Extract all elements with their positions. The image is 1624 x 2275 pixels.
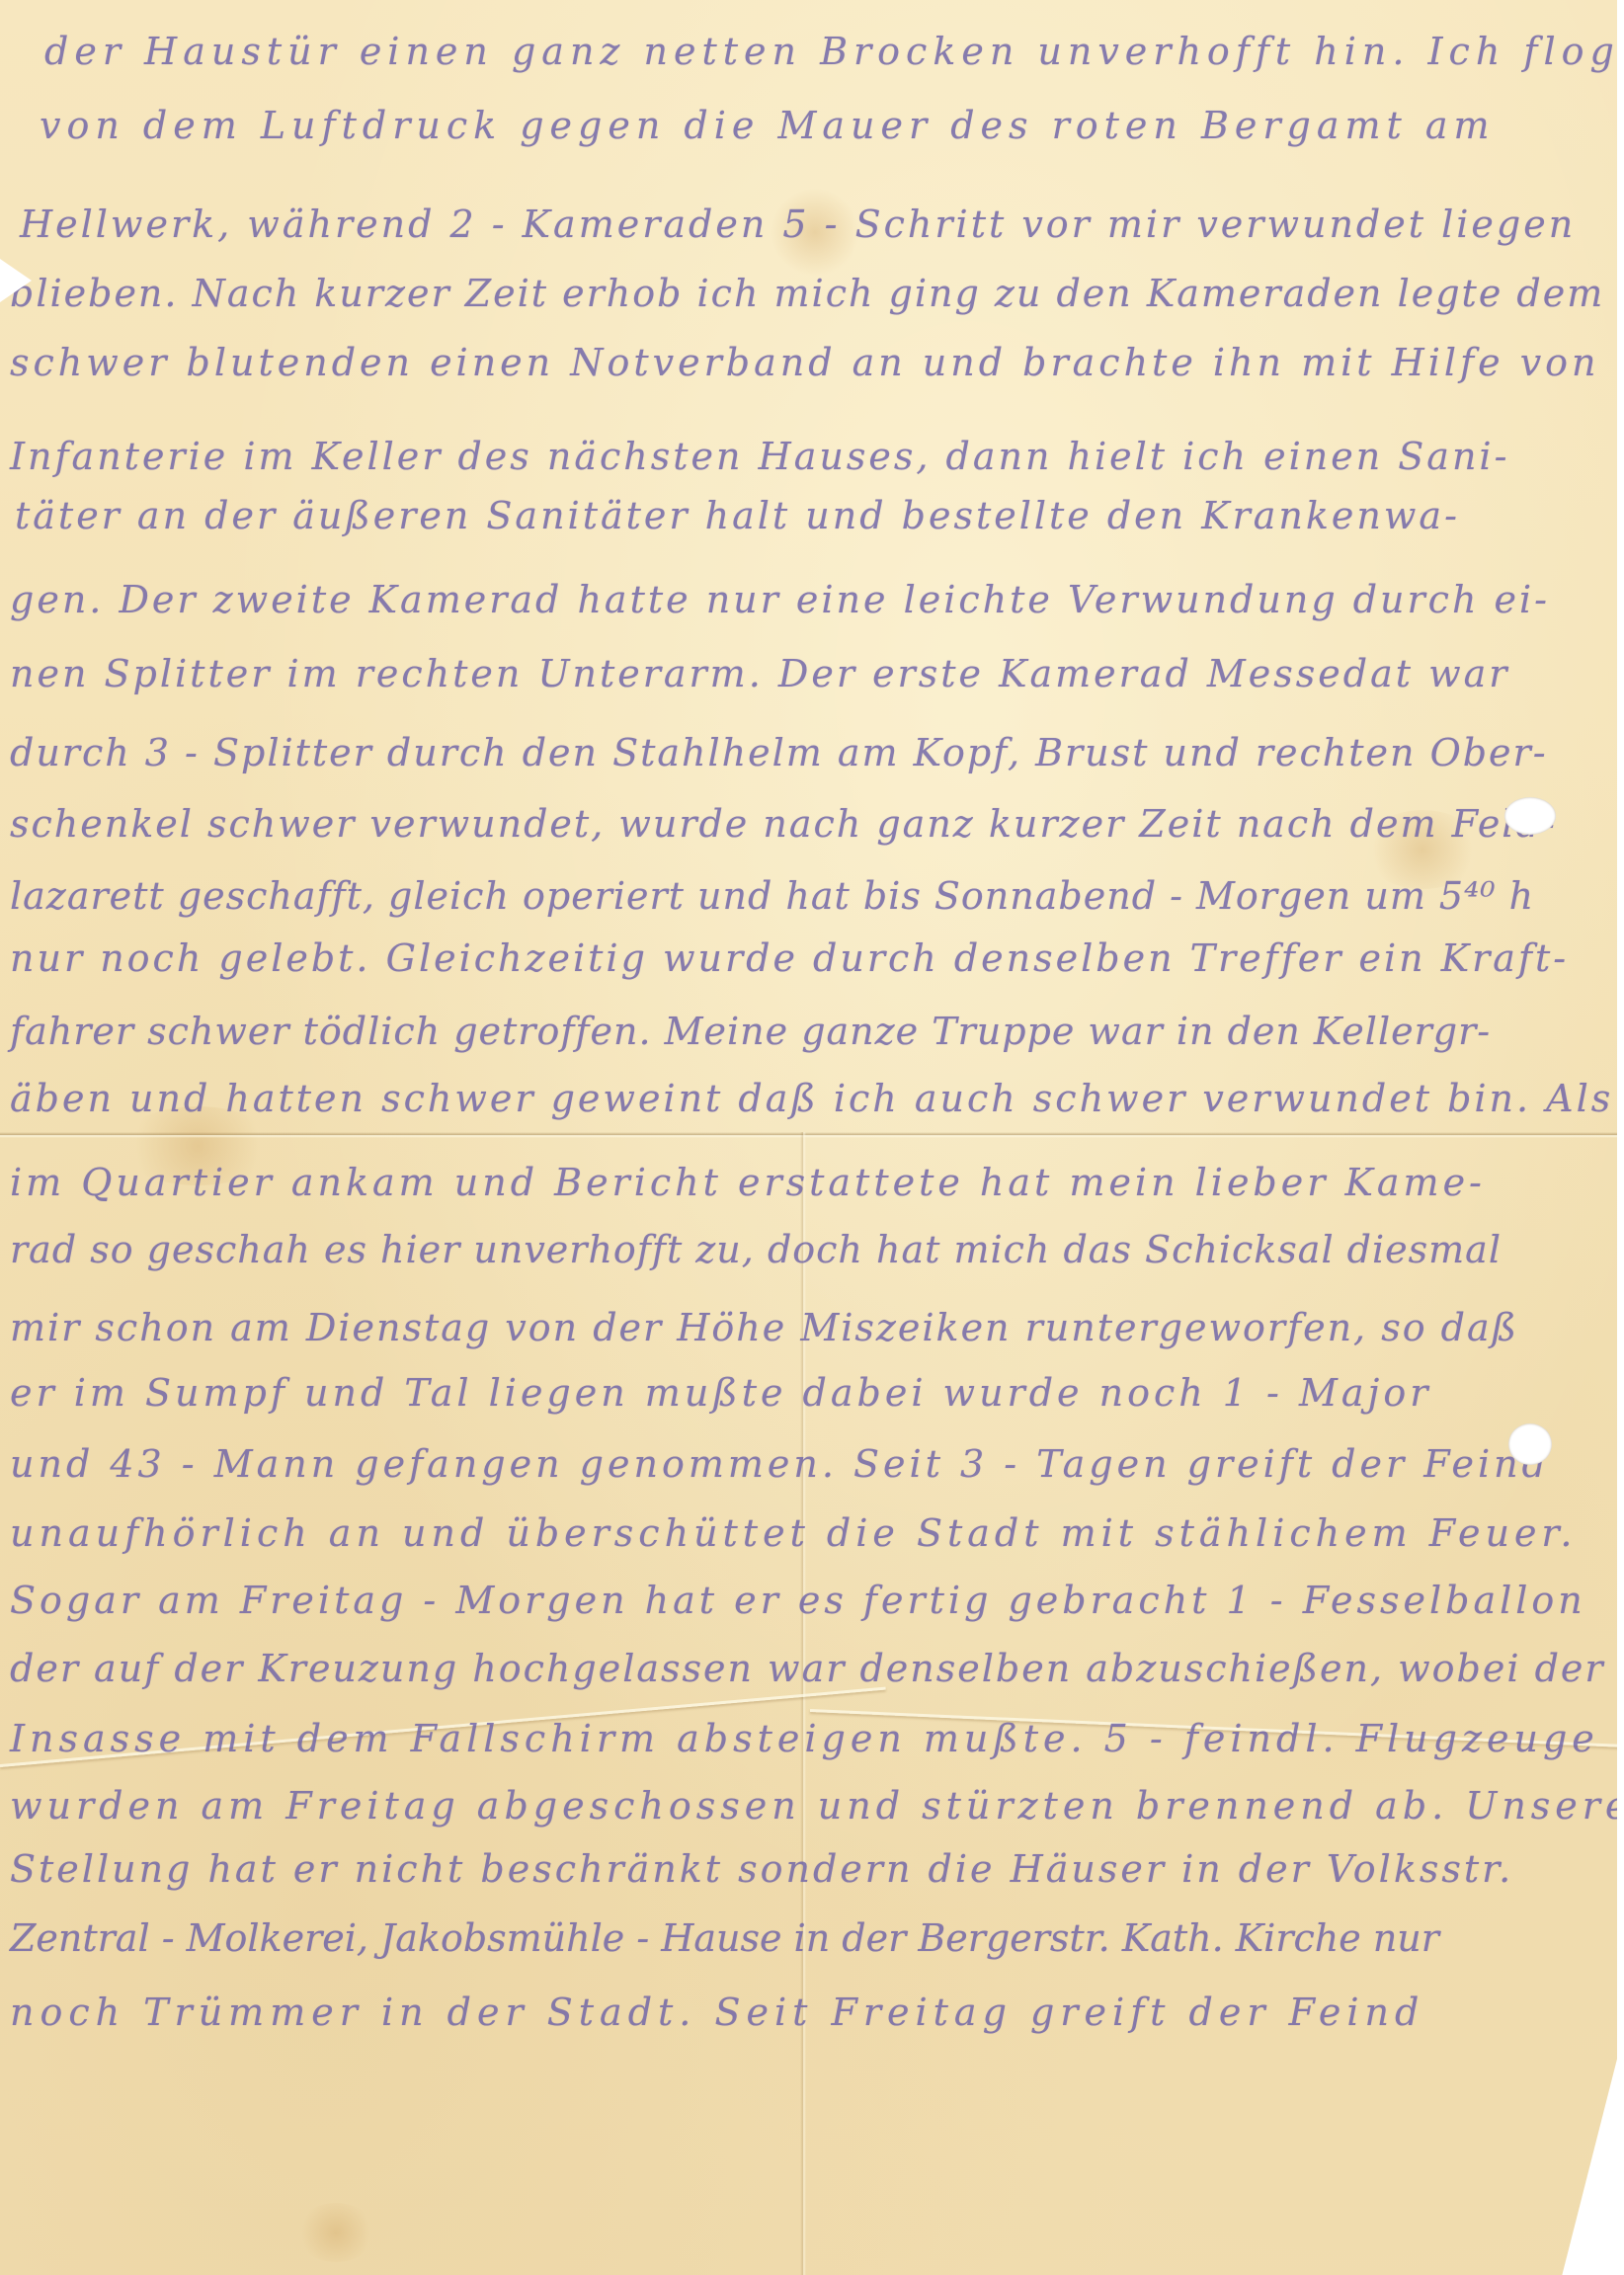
text-line: er im Sumpf und Tal liegen mußte dabei w… <box>10 1371 1431 1415</box>
punch-hole <box>1504 797 1556 835</box>
text-line: nur noch gelebt. Gleichzeitig wurde durc… <box>10 936 1569 980</box>
text-line: Sogar am Freitag - Morgen hat er es fert… <box>10 1579 1586 1622</box>
text-line: im Quartier ankam und Bericht erstattete… <box>10 1161 1486 1204</box>
text-line: Infanterie im Keller des nächsten Hauses… <box>10 435 1509 478</box>
text-line: der Haustür einen ganz netten Brocken un… <box>44 30 1620 73</box>
text-line: Hellwerk, während 2 - Kameraden 5 - Schr… <box>20 203 1576 246</box>
text-line: täter an der äußeren Sanitäter halt und … <box>15 494 1460 537</box>
text-line: blieben. Nach kurzer Zeit erhob ich mich… <box>10 272 1604 315</box>
text-line: schwer blutenden einen Notverband an und… <box>10 341 1600 384</box>
text-line: fahrer schwer tödlich getroffen. Meine g… <box>10 1010 1491 1053</box>
text-line: noch Trümmer in der Stadt. Seit Freitag … <box>10 1991 1424 2034</box>
letter-paper: der Haustür einen ganz netten Brocken un… <box>0 0 1617 2275</box>
text-line: Insasse mit dem Fallschirm absteigen muß… <box>10 1717 1599 1760</box>
text-line: Zentral - Molkerei, Jakobsmühle - Hause … <box>10 1916 1439 1960</box>
text-line: rad so geschah es hier unverhofft zu, do… <box>10 1228 1502 1271</box>
vertical-fold <box>800 1132 806 2275</box>
text-line: äben und hatten schwer geweint daß ich a… <box>10 1077 1613 1120</box>
text-line: gen. Der zweite Kamerad hatte nur eine l… <box>10 578 1550 621</box>
text-line: von dem Luftdruck gegen die Mauer des ro… <box>40 104 1496 147</box>
text-line: und 43 - Mann gefangen genommen. Seit 3 … <box>10 1442 1550 1486</box>
text-line: schenkel schwer verwundet, wurde nach ga… <box>10 802 1557 846</box>
text-line: nen Splitter im rechten Unterarm. Der er… <box>10 652 1509 695</box>
stain <box>296 2203 375 2262</box>
punch-hole <box>1508 1423 1552 1465</box>
text-line: durch 3 - Splitter durch den Stahlhelm a… <box>10 731 1548 774</box>
text-line: Stellung hat er nicht beschränkt sondern… <box>10 1847 1513 1891</box>
text-line: der auf der Kreuzung hochgelassen war de… <box>10 1647 1605 1690</box>
text-line: wurden am Freitag abgeschossen und stürz… <box>10 1784 1624 1828</box>
text-line: unaufhörlich an und überschüttet die Sta… <box>10 1511 1578 1555</box>
text-line: lazarett geschafft, gleich operiert und … <box>10 874 1534 918</box>
text-line: mir schon am Dienstag von der Höhe Misze… <box>10 1306 1518 1349</box>
horizontal-fold <box>0 1132 1617 1138</box>
